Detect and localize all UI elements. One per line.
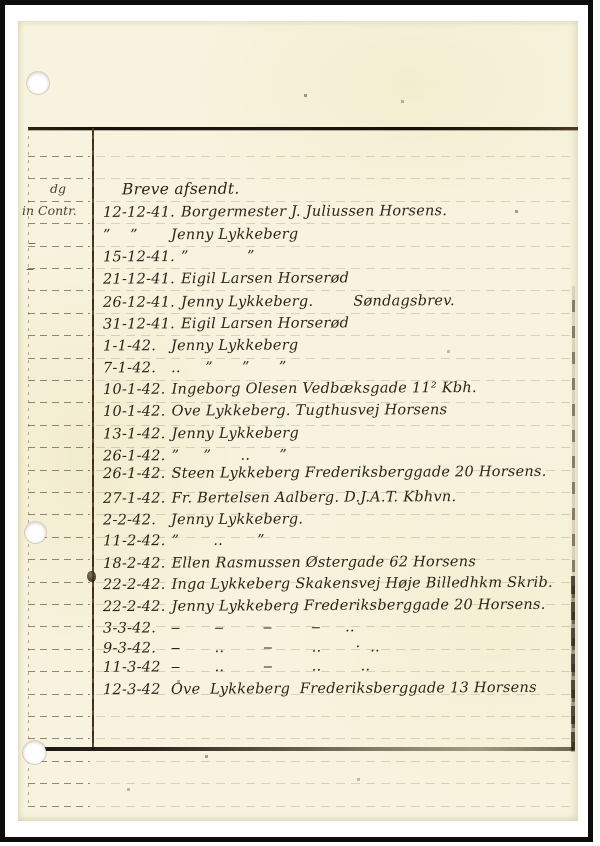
ledger-row: 22-2-42.Inga Lykkeberg Skakensvej Høje B… [103,576,553,593]
entry-text: Jenny Lykkeberg. [171,512,303,527]
entry-date: 27-1-42. [103,492,166,507]
ledger-row: 18-2-42.Ellen Rasmussen Østergade 62 Hor… [103,555,476,571]
entry-date: 13-1-42. [103,427,166,442]
entry-text: ‒ ‥ ‒ ‥ · ‥ [171,640,380,656]
entry-date: 11-2-42. [103,534,166,549]
entry-date: 22-2-42. [103,578,166,593]
ledger-row: 2-2-42.Jenny Lykkeberg. [103,512,303,528]
entry-date: 1-1-42. [103,339,165,354]
entry-date: 26-12-41. [103,296,175,311]
ledger-row: 10-1-42.Ove Lykkeberg. Tugthusvej Horsen… [103,403,447,419]
entry-text: Ellen Rasmussen Østergade 62 Horsens [172,555,477,571]
entries: 12-12-41.Borgermester J. Juliussen Horse… [18,21,578,821]
ledger-row: 1-1-42.Jenny Lykkeberg [103,338,298,354]
ledger-row: 22-2-42.Jenny Lykkeberg Frederiksberggad… [103,598,546,615]
entry-date: 26-1-42. [103,467,166,482]
entry-text: Jenny Lykkeberg [172,426,299,441]
ledger-row: 11-2-42.” ‥ ” [103,534,265,549]
entry-date: 7-1-42. [103,361,165,376]
entry-date: 2-2-42. [103,513,165,528]
entry-date: 22-2-42. [103,600,166,615]
entry-text: Jenny Lykkeberg [171,338,298,353]
entry-text: Fr. Bertelsen Aalberg. D.J.A.T. Kbhvn. [172,490,457,506]
ledger-row: 3-3-42.‒ ‒ ‒ ‒ ‥ [103,620,355,636]
entry-date: 18-2-42. [103,557,166,572]
scanned-document: dgin Contr.‒‒ Breve afsendt. 12-12-41.Bo… [0,0,600,846]
ledger-row: 26-1-42.” ” ‥ ” [103,449,287,464]
ledger-row: 11-3-42‒ ‥ ‒ ‥ ‥ [103,659,370,675]
entry-text: ” ” [181,250,255,265]
entry-date: 31-12-41. [103,317,175,332]
entry-text: ‒ ‒ ‒ ‒ ‥ [171,620,355,635]
entry-text: ‒ ‥ ‒ ‥ ‥ [171,659,370,675]
entry-date: 3-3-42. [103,621,165,636]
ledger-row: 21-12-41.Eigil Larsen Horserød [103,271,349,287]
entry-date: 12-3-42 [103,683,165,698]
ledger-row: 13-1-42.Jenny Lykkeberg [103,426,299,442]
entry-text: Eigil Larsen Horserød [181,316,349,331]
ledger-row: 31-12-41.Eigil Larsen Horserød [103,316,349,332]
ledger-paper: dgin Contr.‒‒ Breve afsendt. 12-12-41.Bo… [18,21,578,821]
ledger-row: 26-12-41.Jenny Lykkeberg.Søndagsbrev. [103,294,455,310]
entry-date: 9-3-42. [103,641,165,656]
entry-text: ” ‥ ” [172,534,265,549]
entry-text: Eigil Larsen Horserød [181,271,349,286]
ledger-row: 15-12-41.” ” [103,250,255,265]
entry-date: 10-1-42. [103,405,166,420]
entry-text: Borgermester J. Juliussen Horsens. [181,204,447,220]
entry-date: ” ” [103,228,165,243]
entry-date: 11-3-42 [103,660,165,675]
entry-text: Jenny Lykkeberg [171,227,298,242]
ledger-row: 12-3-42Ove Lykkeberg Frederiksberggade 1… [103,681,537,698]
entry-note: Søndagsbrev. [353,294,455,309]
entry-text: Ove Lykkeberg. Tugthusvej Horsens [172,403,448,419]
entry-text: ” ” ‥ ” [172,449,288,464]
entry-date: 21-12-41. [103,272,175,287]
ledger-row: 10-1-42.Ingeborg Olesen Vedbæksgade 11² … [103,381,477,397]
ledger-row: 27-1-42.Fr. Bertelsen Aalberg. D.J.A.T. … [103,490,456,506]
ledger-row: 12-12-41.Borgermester J. Juliussen Horse… [103,204,447,220]
entry-text: Steen Lykkeberg Frederiksberggade 20 Hor… [172,465,547,481]
ledger-row: ” ”Jenny Lykkeberg [103,227,298,243]
entry-text: Ingeborg Olesen Vedbæksgade 11² Kbh. [172,381,477,397]
entry-date: 12-12-41. [103,206,175,221]
ledger-row: 26-1-42.Steen Lykkeberg Frederiksberggad… [103,465,547,482]
entry-date: 26-1-42. [103,449,166,464]
entry-text: Jenny Lykkeberg. [181,295,313,310]
ledger-row: 9-3-42.‒ ‥ ‒ ‥ · ‥ [103,640,380,656]
entry-date: 10-1-42. [103,383,166,398]
entry-text: Inga Lykkeberg Skakensvej Høje Billedhkm… [172,576,553,592]
entry-text: Ove Lykkeberg Frederiksberggade 13 Horse… [171,681,537,697]
entry-text: ‥ ” ” ” [171,361,287,376]
entry-text: Jenny Lykkeberg Frederiksberggade 20 Hor… [172,598,546,614]
ledger-row: 7-1-42.‥ ” ” ” [103,361,287,376]
entry-date: 15-12-41. [103,250,175,265]
